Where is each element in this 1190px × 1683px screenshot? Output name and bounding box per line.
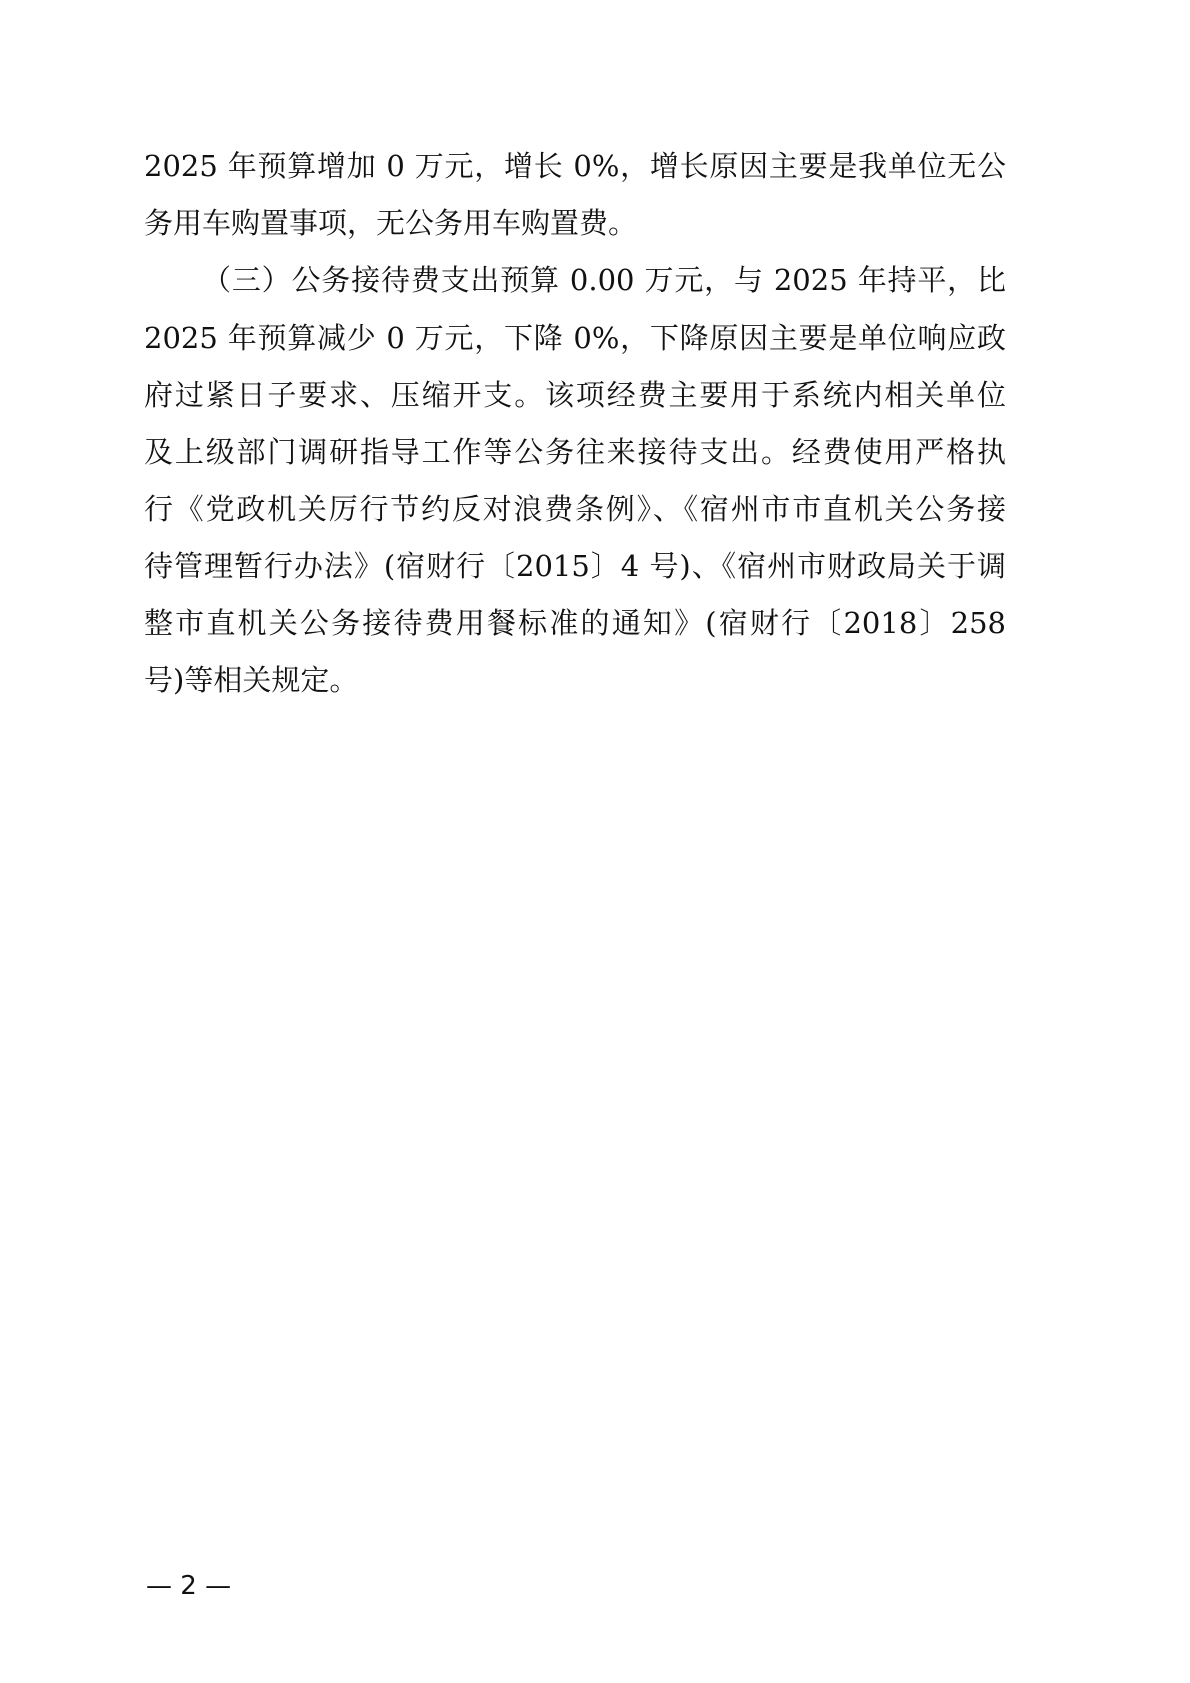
text-line: 2025 年预算减少 0 万元，下降 0%，下降原因主要是单位响应政 [144, 318, 1006, 358]
text-line: 及上级部门调研指导工作等公务往来接待支出。经费使用严格执 [144, 432, 1006, 472]
page-number: — 2 — [146, 1570, 231, 1602]
text-line: 整市直机关公务接待费用餐标准的通知》(宿财行〔2018〕258 [144, 603, 1006, 643]
text-line: 号)等相关规定。 [144, 660, 1006, 700]
document-page: 2025 年预算增加 0 万元，增长 0%，增长原因主要是我单位无公 务用车购置… [0, 0, 1190, 1683]
text-line: （三）公务接待费支出预算 0.00 万元，与 2025 年持平，比 [202, 260, 1006, 300]
text-line: 2025 年预算增加 0 万元，增长 0%，增长原因主要是我单位无公 [144, 146, 1006, 186]
text-line: 行《党政机关厉行节约反对浪费条例》、《宿州市市直机关公务接 [144, 489, 1006, 529]
text-line: 待管理暂行办法》(宿财行〔2015〕4 号)、《宿州市财政局关于调 [144, 546, 1006, 586]
text-line: 务用车购置事项，无公务用车购置费。 [144, 203, 1006, 243]
text-line: 府过紧日子要求、压缩开支。该项经费主要用于系统内相关单位 [144, 375, 1006, 415]
